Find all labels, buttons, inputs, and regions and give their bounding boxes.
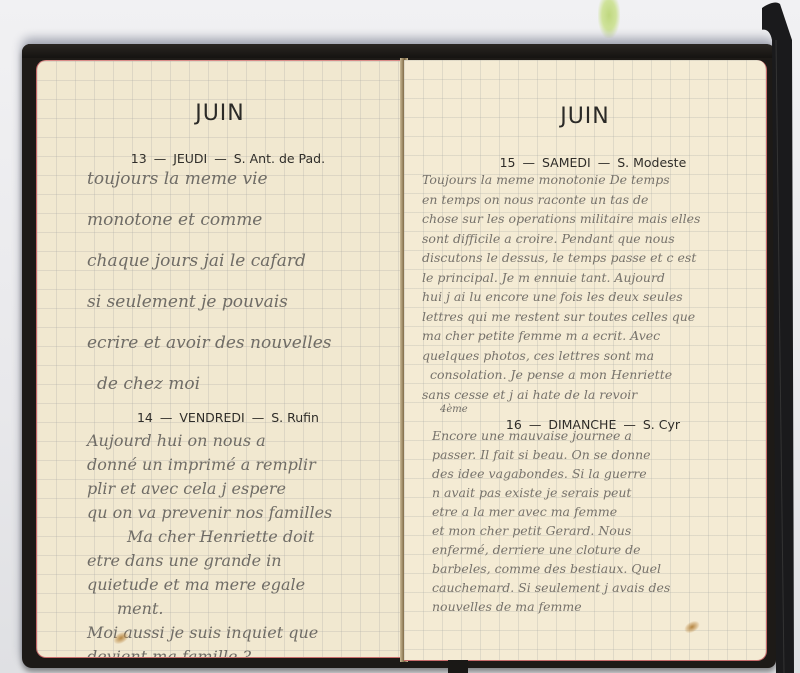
handwriting-line: Moi aussi je suis inquiet que [87, 621, 403, 645]
day-number: 14 [137, 410, 153, 425]
handwritten-entry: Toujours la meme monotonie De temps en t… [422, 170, 766, 404]
green-stain [598, 0, 620, 38]
handwriting-line: lettres qui me restent sur toutes celles… [422, 307, 766, 327]
handwriting-line: barbeles, comme des bestiaux. Quel [432, 559, 766, 578]
handwriting-line: Encore une mauvaise journee a [432, 426, 766, 445]
handwriting-line: si seulement je pouvais [87, 282, 403, 323]
month-heading: JUIN [404, 104, 766, 129]
handwritten-entry: Encore une mauvaise journee a passer. Il… [432, 426, 766, 616]
handwriting-line: et mon cher petit Gerard. Nous [432, 521, 766, 540]
month-heading: JUIN [37, 101, 403, 126]
left-page: JUIN 13—JEUDI—S. Ant. de Pad. toujours l… [36, 60, 403, 658]
handwriting-line: en temps on nous raconte un tas de [422, 190, 766, 210]
cover-spine-edge [22, 44, 776, 58]
handwriting-line: plir et avec cela j espere [87, 477, 403, 501]
stain [683, 619, 702, 636]
handwriting-line: Ma cher Henriette doit [87, 525, 403, 549]
handwriting-line: donné un imprimé a remplir [87, 453, 403, 477]
handwriting-line: toujours la meme vie [87, 159, 403, 200]
handwriting-line: quelques photos, ces lettres sont ma [422, 346, 766, 366]
handwriting-line: chose sur les operations militaire mais … [422, 209, 766, 229]
dash: — [523, 155, 536, 170]
handwriting-line: ma cher petite femme m a ecrit. Avec [422, 326, 766, 346]
handwriting-line: Aujourd hui on nous a [87, 429, 403, 453]
handwriting-line: ment. [87, 597, 403, 621]
bookmark-ribbon [448, 660, 468, 673]
handwriting-line: enfermé, derriere une cloture de [432, 540, 766, 559]
weekday: SAMEDI [542, 155, 591, 170]
handwriting-line: hui j ai lu encore une fois les deux seu… [422, 287, 766, 307]
handwriting-line: passer. Il fait si beau. On se donne [432, 445, 766, 464]
day-number: 15 [500, 155, 516, 170]
dash: — [598, 155, 611, 170]
weekday: VENDREDI [179, 410, 244, 425]
saint-name: S. Modeste [617, 155, 686, 170]
handwriting-line: nouvelles de ma femme [432, 597, 766, 616]
saint-name: S. Rufin [271, 410, 319, 425]
dash: — [160, 410, 173, 425]
handwriting-line: cauchemard. Si seulement j avais des [432, 578, 766, 597]
handwriting-line: sont difficile a croire. Pendant que nou… [422, 229, 766, 249]
handwriting-line: qu on va prevenir nos familles [87, 501, 403, 525]
handwriting-line: Toujours la meme monotonie De temps [422, 170, 766, 190]
handwriting-line: etre dans une grande in [87, 549, 403, 573]
handwriting-line: monotone et comme [87, 200, 403, 241]
handwriting-line: discutons le dessus, le temps passe et c… [422, 248, 766, 268]
handwriting-line: le principal. Je m ennuie tant. Aujourd [422, 268, 766, 288]
handwriting-line: etre a la mer avec ma femme [432, 502, 766, 521]
handwriting-line: chaque jours jai le cafard [87, 241, 403, 282]
handwriting-line: n avait pas existe je serais peut [432, 483, 766, 502]
right-page: JUIN 15—SAMEDI—S. Modeste Toujours la me… [404, 60, 767, 661]
dash: — [252, 410, 265, 425]
handwriting-line: devient ma famille ? [87, 645, 403, 658]
handwritten-entry: Aujourd hui on nous a donné un imprimé a… [87, 429, 403, 658]
handwriting-line: des idee vagabondes. Si la guerre [432, 464, 766, 483]
handwriting-line: consolation. Je pense a mon Henriette [422, 365, 766, 385]
handwritten-entry: toujours la meme vie monotone et comme c… [87, 159, 403, 405]
handwriting-line: quietude et ma mere egale [87, 573, 403, 597]
handwriting-line: ecrire et avoir des nouvelles [87, 323, 403, 364]
